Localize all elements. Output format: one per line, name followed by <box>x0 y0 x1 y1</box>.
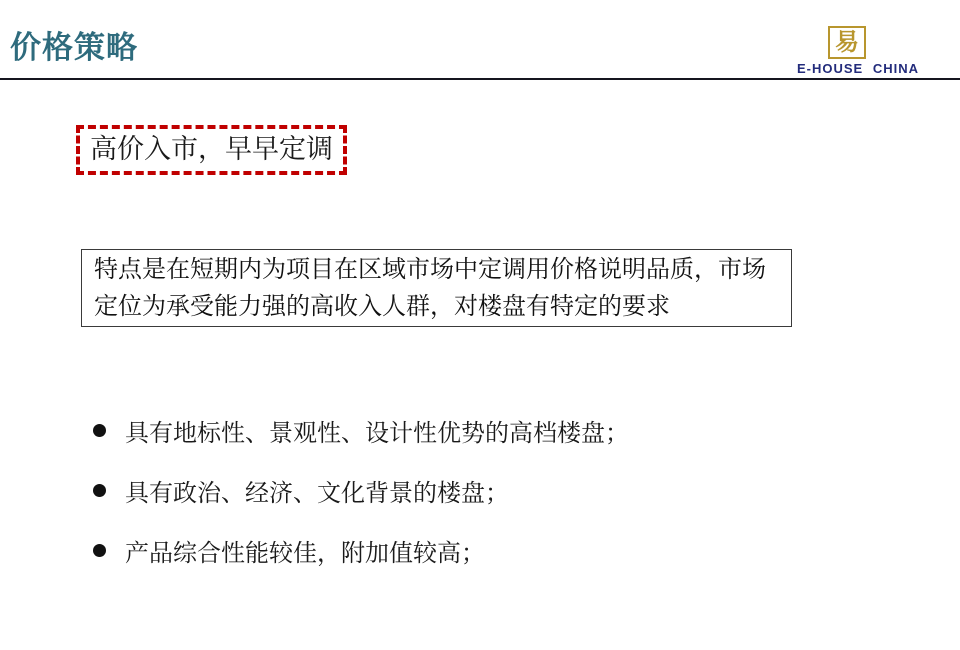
company-name-label: E-HOUSE CHINA <box>797 61 897 76</box>
bullet-dot-icon <box>93 484 106 497</box>
page-title: 价格策略 <box>10 22 138 67</box>
description-text: 特点是在短期内为项目在区域市场中定调用价格说明品质，市场定位为承受能力强的高收入… <box>94 251 779 325</box>
list-item: 具有地标性、景观性、设计性优势的高档楼盘； <box>93 412 629 448</box>
headline-text: 高价入市，早早定调 <box>90 130 333 168</box>
list-item: 具有政治、经济、文化背景的楼盘； <box>93 472 629 508</box>
ehouse-seal-icon: 易 <box>828 26 866 59</box>
description-box: 特点是在短期内为项目在区域市场中定调用价格说明品质，市场定位为承受能力强的高收入… <box>81 249 792 327</box>
bullet-text: 具有政治、经济、文化背景的楼盘； <box>125 473 509 508</box>
seal-glyph: 易 <box>835 31 859 55</box>
bullet-text: 产品综合性能较佳，附加值较高； <box>125 533 485 568</box>
company-logo: 易 E-HOUSE CHINA <box>797 26 897 76</box>
slide-canvas: { "slide": { "title": "价格策略", "logo": { … <box>0 0 960 650</box>
bullet-dot-icon <box>93 424 106 437</box>
headline-dashed-box: 高价入市，早早定调 <box>76 125 347 175</box>
bullet-dot-icon <box>93 544 106 557</box>
list-item: 产品综合性能较佳，附加值较高； <box>93 532 629 568</box>
header-divider <box>0 78 960 80</box>
bullet-list: 具有地标性、景观性、设计性优势的高档楼盘； 具有政治、经济、文化背景的楼盘； 产… <box>93 412 629 592</box>
bullet-text: 具有地标性、景观性、设计性优势的高档楼盘； <box>125 413 629 448</box>
